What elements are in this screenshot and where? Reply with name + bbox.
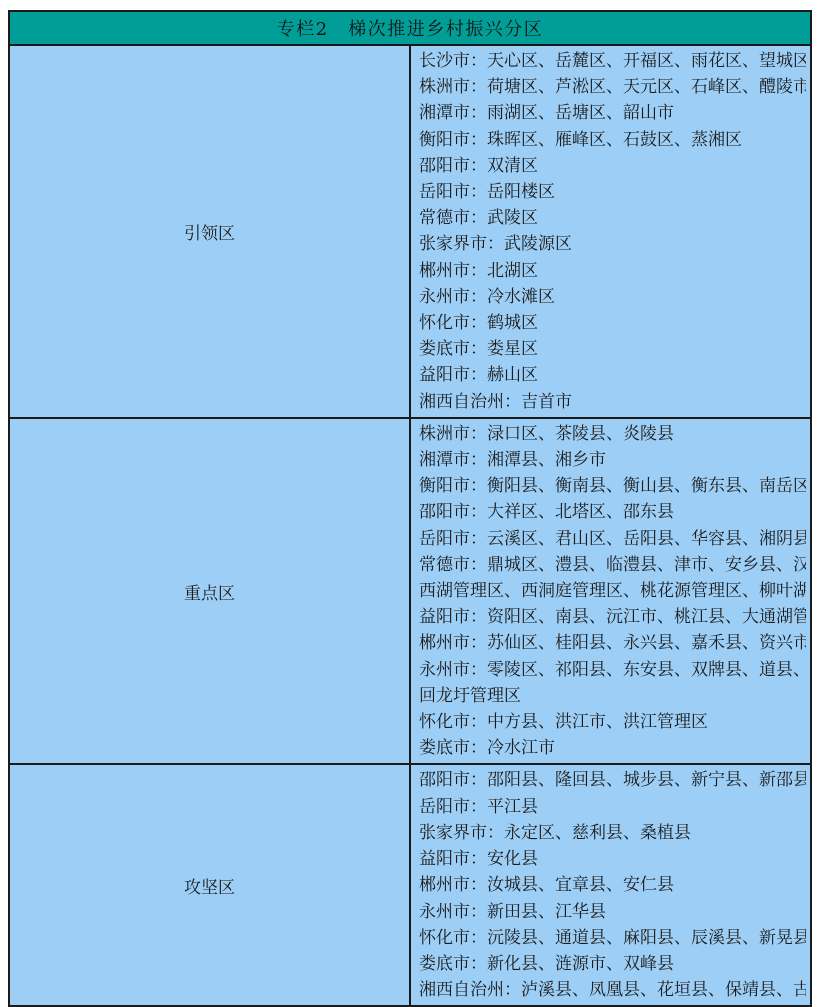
city-line: 益阳市：安化县: [419, 846, 806, 872]
city-line: 湘潭市：湘潭县、湘乡市: [419, 447, 806, 473]
city-line: 湘西自治州：泸溪县、凤凰县、花垣县、保靖县、古丈县、永顺县、龙山县: [419, 977, 806, 1003]
city-line: 回龙圩管理区: [419, 683, 806, 709]
city-line: 娄底市：新化县、涟源市、双峰县: [419, 951, 806, 977]
zone-label-leading: 引领区: [9, 45, 410, 418]
city-line: 郴州市：北湖区: [419, 258, 806, 284]
city-line: 衡阳市：衡阳县、衡南县、衡山县、衡东县、南岳区、耒阳市、常宁市、祁东县: [419, 473, 806, 499]
city-line: 郴州市：苏仙区、桂阳县、永兴县、嘉禾县、资兴市、临武县、桂东县: [419, 630, 806, 656]
city-line: 益阳市：资阳区、南县、沅江市、桃江县、大通湖管理区: [419, 604, 806, 630]
city-line: 张家界市：永定区、慈利县、桑植县: [419, 820, 806, 846]
city-line: 怀化市：鹤城区: [419, 310, 806, 336]
city-line: 怀化市：沅陵县、通道县、麻阳县、辰溪县、新晃县、芷江县、会同县、靖州县、溆浦县: [419, 925, 806, 951]
city-line: 株洲市：荷塘区、芦淞区、天元区、石峰区、醴陵市、攸县: [419, 74, 806, 100]
city-line: 邵阳市：大祥区、北塔区、邵东县: [419, 499, 806, 525]
city-line: 常德市：武陵区: [419, 205, 806, 231]
city-line: 常德市：鼎城区、澧县、临澧县、津市、安乡县、汉寿县、桃源县、石门县、: [419, 552, 806, 578]
city-line: 岳阳市：岳阳楼区: [419, 179, 806, 205]
city-line: 永州市：新田县、江华县: [419, 899, 806, 925]
city-line: 岳阳市：平江县: [419, 794, 806, 820]
zone-content-leading: 长沙市：天心区、岳麓区、开福区、雨花区、望城区、长沙县、宁乡市、浏阳市 株洲市：…: [410, 45, 811, 418]
zone-row-tackling: 攻坚区 邵阳市：邵阳县、隆回县、城步县、新宁县、新邵县、武冈市、洞口县、绥宁县 …: [9, 764, 811, 1006]
zone-label-key: 重点区: [9, 418, 410, 765]
zone-content-key: 株洲市：渌口区、茶陵县、炎陵县 湘潭市：湘潭县、湘乡市 衡阳市：衡阳县、衡南县、…: [410, 418, 811, 765]
zone-row-leading: 引领区 长沙市：天心区、岳麓区、开福区、雨花区、望城区、长沙县、宁乡市、浏阳市 …: [9, 45, 811, 418]
zone-content-tackling: 邵阳市：邵阳县、隆回县、城步县、新宁县、新邵县、武冈市、洞口县、绥宁县 岳阳市：…: [410, 764, 811, 1006]
city-line: 张家界市：武陵源区: [419, 231, 806, 257]
city-line: 长沙市：天心区、岳麓区、开福区、雨花区、望城区、长沙县、宁乡市、浏阳市: [419, 48, 806, 74]
city-line: 永州市：冷水滩区: [419, 284, 806, 310]
city-line: 永州市：零陵区、祁阳县、东安县、双牌县、道县、江永县、宁远县、蓝山县、金洞管理区…: [419, 657, 806, 683]
city-line: 邵阳市：双清区: [419, 153, 806, 179]
city-line: 西湖管理区、西洞庭管理区、桃花源管理区、柳叶湖管理区: [419, 578, 806, 604]
city-line: 益阳市：赫山区: [419, 362, 806, 388]
city-line: 邵阳市：邵阳县、隆回县、城步县、新宁县、新邵县、武冈市、洞口县、绥宁县: [419, 767, 806, 793]
city-line: 株洲市：渌口区、茶陵县、炎陵县: [419, 421, 806, 447]
zone-label-tackling: 攻坚区: [9, 764, 410, 1006]
city-line: 娄底市：娄星区: [419, 336, 806, 362]
zones-table: 专栏2 梯次推进乡村振兴分区 引领区 长沙市：天心区、岳麓区、开福区、雨花区、望…: [8, 10, 812, 1007]
zone-row-key: 重点区 株洲市：渌口区、茶陵县、炎陵县 湘潭市：湘潭县、湘乡市 衡阳市：衡阳县、…: [9, 418, 811, 765]
city-line: 湘潭市：雨湖区、岳塘区、韶山市: [419, 100, 806, 126]
city-line: 岳阳市：云溪区、君山区、岳阳县、华容县、湘阴县、汨罗市、临湘市、屈原管理区: [419, 526, 806, 552]
city-line: 郴州市：汝城县、宜章县、安仁县: [419, 872, 806, 898]
city-line: 怀化市：中方县、洪江市、洪江管理区: [419, 709, 806, 735]
table-header-row: 专栏2 梯次推进乡村振兴分区: [9, 11, 811, 45]
city-line: 湘西自治州：吉首市: [419, 389, 806, 415]
city-line: 娄底市：冷水江市: [419, 735, 806, 761]
city-line: 衡阳市：珠晖区、雁峰区、石鼓区、蒸湘区: [419, 127, 806, 153]
table-title: 专栏2 梯次推进乡村振兴分区: [9, 11, 811, 45]
